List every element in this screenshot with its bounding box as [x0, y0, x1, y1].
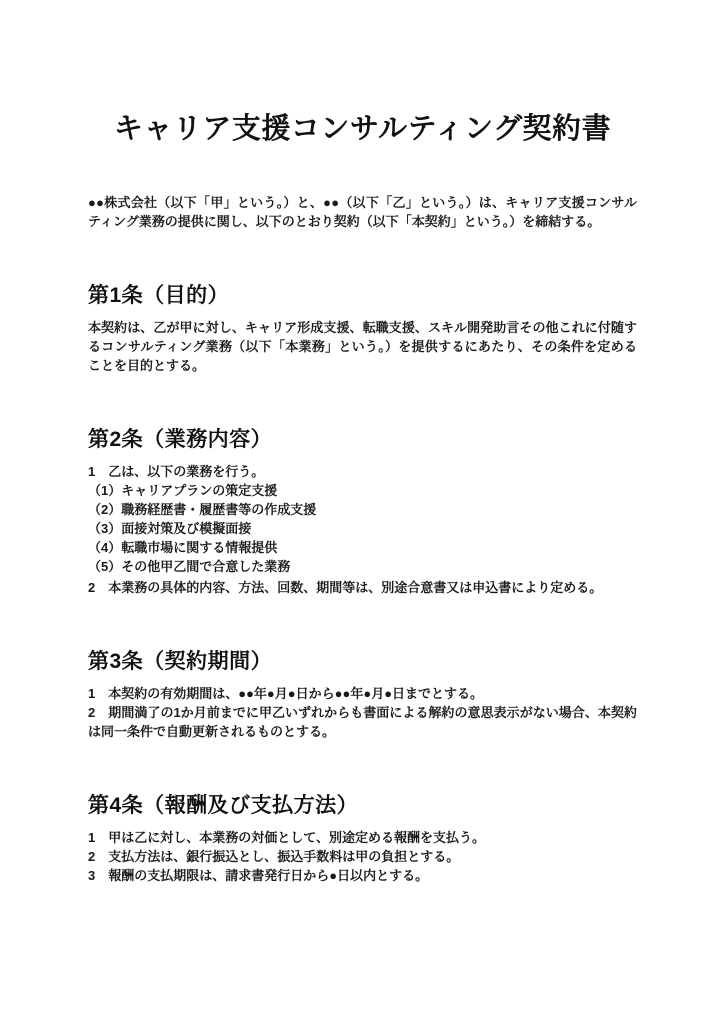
article-3: 第3条（契約期間） 1 本契約の有効期間は、●●年●月●日から●●年●月●日まで…: [88, 649, 637, 741]
article-3-heading: 第3条（契約期間）: [88, 649, 637, 675]
article-2-list-item-1: （1）キャリアプランの策定支援: [88, 481, 637, 500]
article-3-clause-2: 2 期間満了の1か月前までに甲乙いずれからも書面による解約の意思表示がない場合、…: [88, 703, 637, 741]
article-4-heading: 第4条（報酬及び支払方法）: [88, 793, 637, 819]
article-2-list-item-5: （5）その他甲乙間で合意した業務: [88, 557, 637, 576]
article-3-block-1: 1 本契約の有効期間は、●●年●月●日から●●年●月●日までとする。 2 期間満…: [88, 684, 637, 741]
article-2-heading: 第2条（業務内容）: [88, 427, 637, 453]
article-2-block-1: 1 乙は、以下の業務を行う。 （1）キャリアプランの策定支援 （2）職務経歴書・…: [88, 462, 637, 576]
article-4-block-1: 1 甲は乙に対し、本業務の対価として、別途定める報酬を支払う。 2 支払方法は、…: [88, 828, 637, 885]
contract-document-page: キャリア支援コンサルティング契約書 ●●株式会社（以下「甲」という。）と、●●（…: [0, 0, 724, 1024]
article-4-clause-2: 2 支払方法は、銀行振込とし、振込手数料は甲の負担とする。: [88, 847, 637, 866]
article-4: 第4条（報酬及び支払方法） 1 甲は乙に対し、本業務の対価として、別途定める報酬…: [88, 793, 637, 885]
article-3-clause-1: 1 本契約の有効期間は、●●年●月●日から●●年●月●日までとする。: [88, 684, 637, 703]
article-1: 第1条（目的） 本契約は、乙が甲に対し、キャリア形成支援、転職支援、スキル開発助…: [88, 283, 637, 375]
article-2-list-item-4: （4）転職市場に関する情報提供: [88, 538, 637, 557]
article-2-list-item-2: （2）職務経歴書・履歴書等の作成支援: [88, 500, 637, 519]
preamble-paragraph: ●●株式会社（以下「甲」という。）と、●●（以下「乙」という。）は、キャリア支援…: [88, 193, 637, 231]
article-2: 第2条（業務内容） 1 乙は、以下の業務を行う。 （1）キャリアプランの策定支援…: [88, 427, 637, 597]
article-4-clause-1: 1 甲は乙に対し、本業務の対価として、別途定める報酬を支払う。: [88, 828, 637, 847]
article-1-block-1: 本契約は、乙が甲に対し、キャリア形成支援、転職支援、スキル開発助言その他これに付…: [88, 318, 637, 375]
article-4-clause-3: 3 報酬の支払期限は、請求書発行日から●日以内とする。: [88, 866, 637, 885]
article-1-paragraph: 本契約は、乙が甲に対し、キャリア形成支援、転職支援、スキル開発助言その他これに付…: [88, 318, 637, 375]
document-title: キャリア支援コンサルティング契約書: [88, 112, 637, 146]
article-2-list-item-3: （3）面接対策及び模擬面接: [88, 519, 637, 538]
article-1-heading: 第1条（目的）: [88, 283, 637, 309]
article-2-clause-1: 1 乙は、以下の業務を行う。: [88, 462, 637, 481]
article-2-clause-2: 2 本業務の具体的内容、方法、回数、期間等は、別途合意書又は申込書により定める。: [88, 578, 637, 597]
article-2-block-2: 2 本業務の具体的内容、方法、回数、期間等は、別途合意書又は申込書により定める。: [88, 578, 637, 597]
